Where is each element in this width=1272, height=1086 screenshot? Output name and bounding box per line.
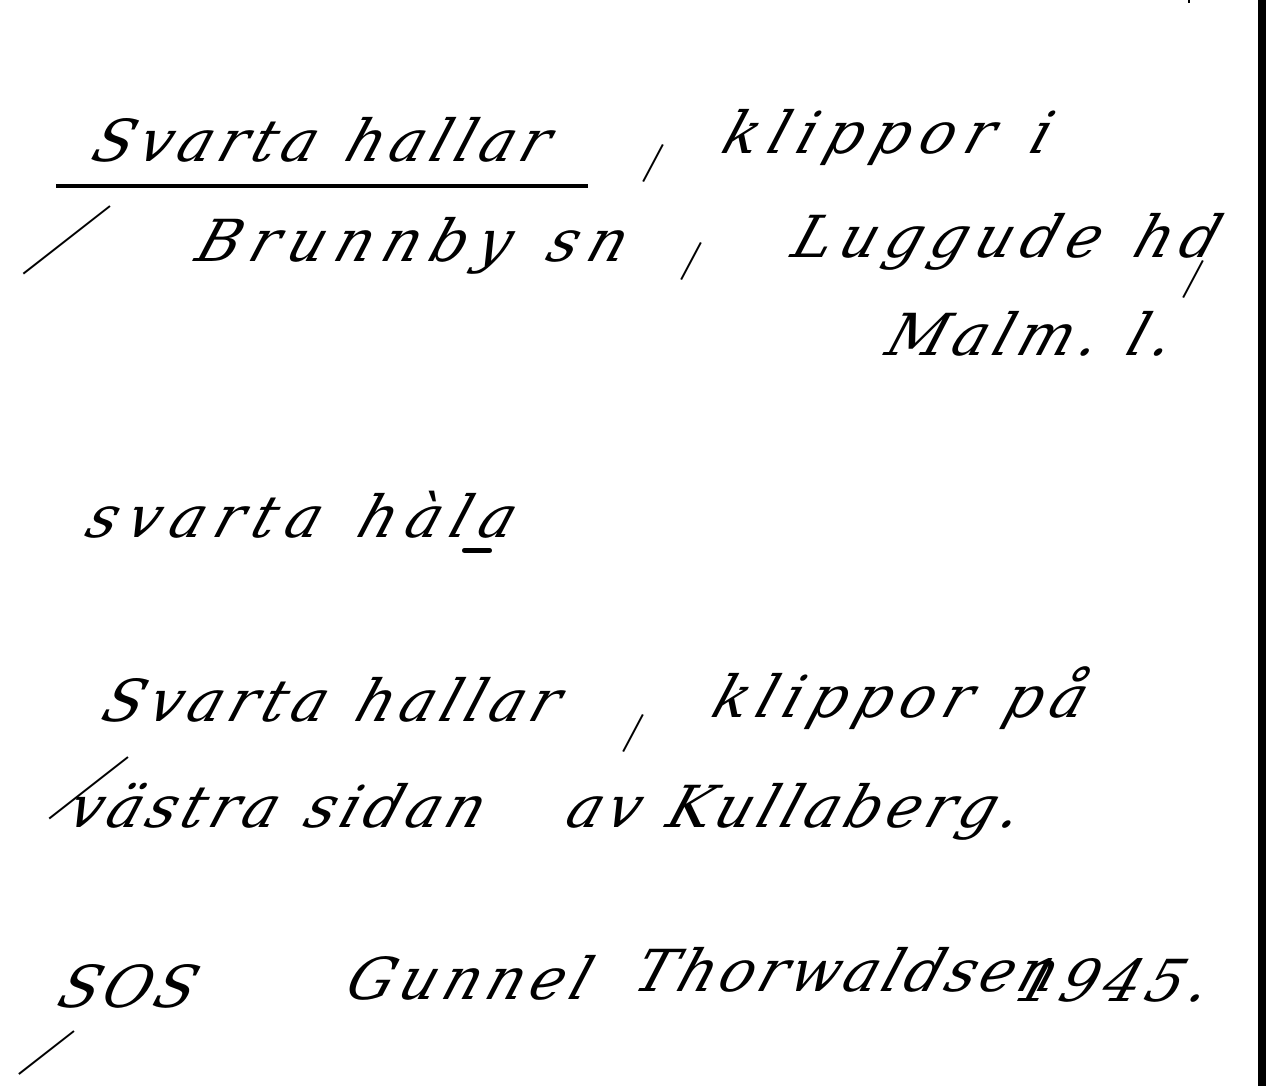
district: Luggude hd xyxy=(786,208,1237,266)
headword-underline xyxy=(56,184,588,188)
description-cont-2: av Kullaberg. xyxy=(560,778,1035,836)
comma xyxy=(622,714,643,752)
headword: Svarta hallar xyxy=(96,672,575,730)
description: klippor i xyxy=(716,104,1071,162)
comma xyxy=(680,242,701,280)
collector-first-name: Gunnel xyxy=(340,950,606,1008)
accent-underline xyxy=(462,548,492,553)
card-right-edge xyxy=(1258,0,1266,1086)
collector-last-name: Thorwaldsen xyxy=(628,942,1071,1000)
comma xyxy=(642,144,663,182)
year: 1945. xyxy=(1010,952,1225,1010)
pronunciation: svarta hàla xyxy=(80,488,535,546)
description-cont-1: västra sidan xyxy=(62,778,499,836)
county: Malm. l. xyxy=(880,306,1188,364)
lead-stroke xyxy=(18,1030,74,1075)
archive-card: Svarta hallar klippor i Brunnby sn Luggu… xyxy=(0,0,1272,1086)
edge-mark xyxy=(1188,0,1190,3)
source-code: SOS xyxy=(52,958,210,1016)
description: klippor på xyxy=(706,668,1104,726)
parish: Brunnby sn xyxy=(190,212,647,270)
lead-stroke xyxy=(23,205,111,274)
headword: Svarta hallar xyxy=(86,112,565,170)
